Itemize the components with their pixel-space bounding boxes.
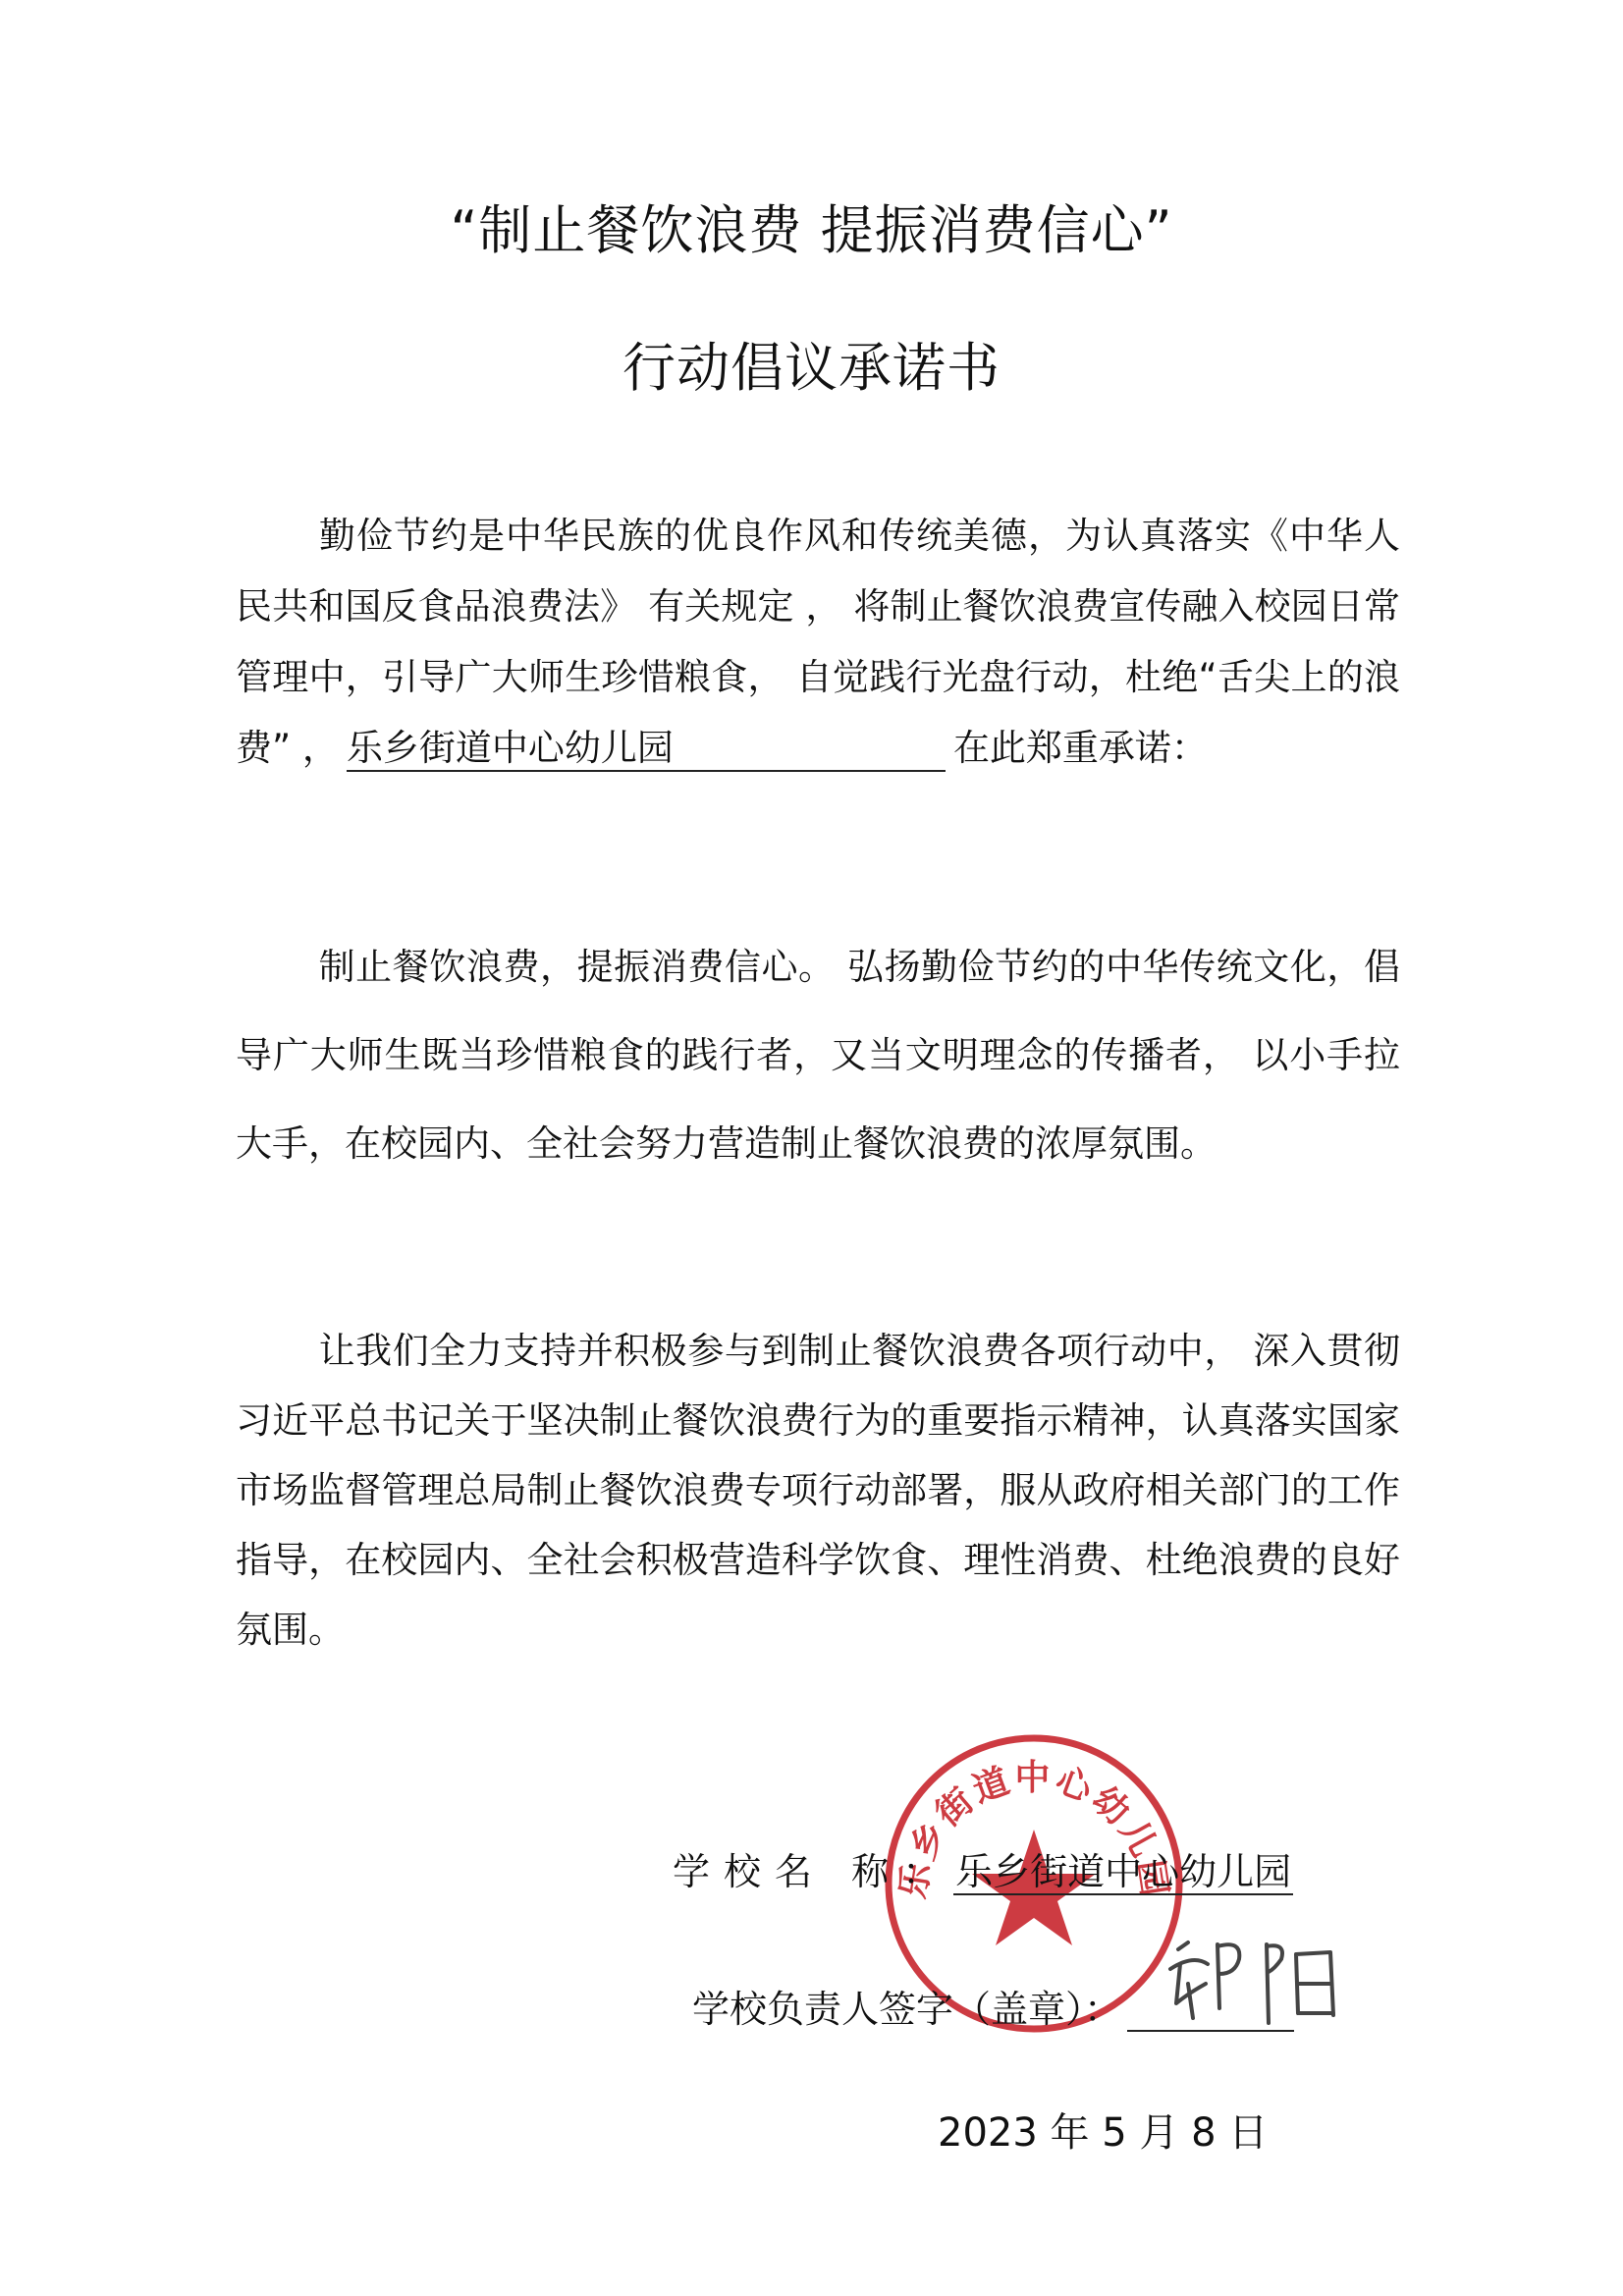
paragraph-action: 让我们全力支持并积极参与到制止餐饮浪费各项行动中， 深入贯彻习近平总书记关于坚决… (236, 1316, 1400, 1665)
school-name-row: 学校名 称：乐乡街道中心幼儿园 (673, 1841, 1293, 1895)
paragraph-intro-tail: 在此郑重承诺： (953, 727, 1208, 769)
document-subtitle: 行动倡议承诺书 (0, 334, 1623, 403)
paragraph-commitment: 制止餐饮浪费，提振消费信心。 弘扬勤俭节约的中华传统文化，倡导广大师生既当珍惜粮… (236, 923, 1400, 1188)
school-name-label: 学校名 称： (673, 1850, 953, 1893)
handwritten-signature (1159, 1925, 1345, 2033)
paragraph-action-text: 让我们全力支持并积极参与到制止餐饮浪费各项行动中， 深入贯彻习近平总书记关于坚决… (236, 1330, 1400, 1651)
principal-label: 学校负责人签字（盖章）： (692, 1988, 1121, 2031)
school-name-value: 乐乡街道中心幼儿园 (953, 1850, 1293, 1895)
document-title: “制止餐饮浪费 提振消费信心” (0, 196, 1623, 265)
school-name-blank: 乐乡街道中心幼儿园 (347, 727, 946, 772)
document-date: 2023 年 5 月 8 日 (938, 2102, 1268, 2158)
paragraph-intro: 勤俭节约是中华民族的优良作风和传统美德，为认真落实《中华人民共和国反食品浪费法》… (236, 501, 1400, 784)
paragraph-commitment-text: 制止餐饮浪费，提振消费信心。 弘扬勤俭节约的中华传统文化，倡导广大师生既当珍惜粮… (236, 946, 1400, 1165)
